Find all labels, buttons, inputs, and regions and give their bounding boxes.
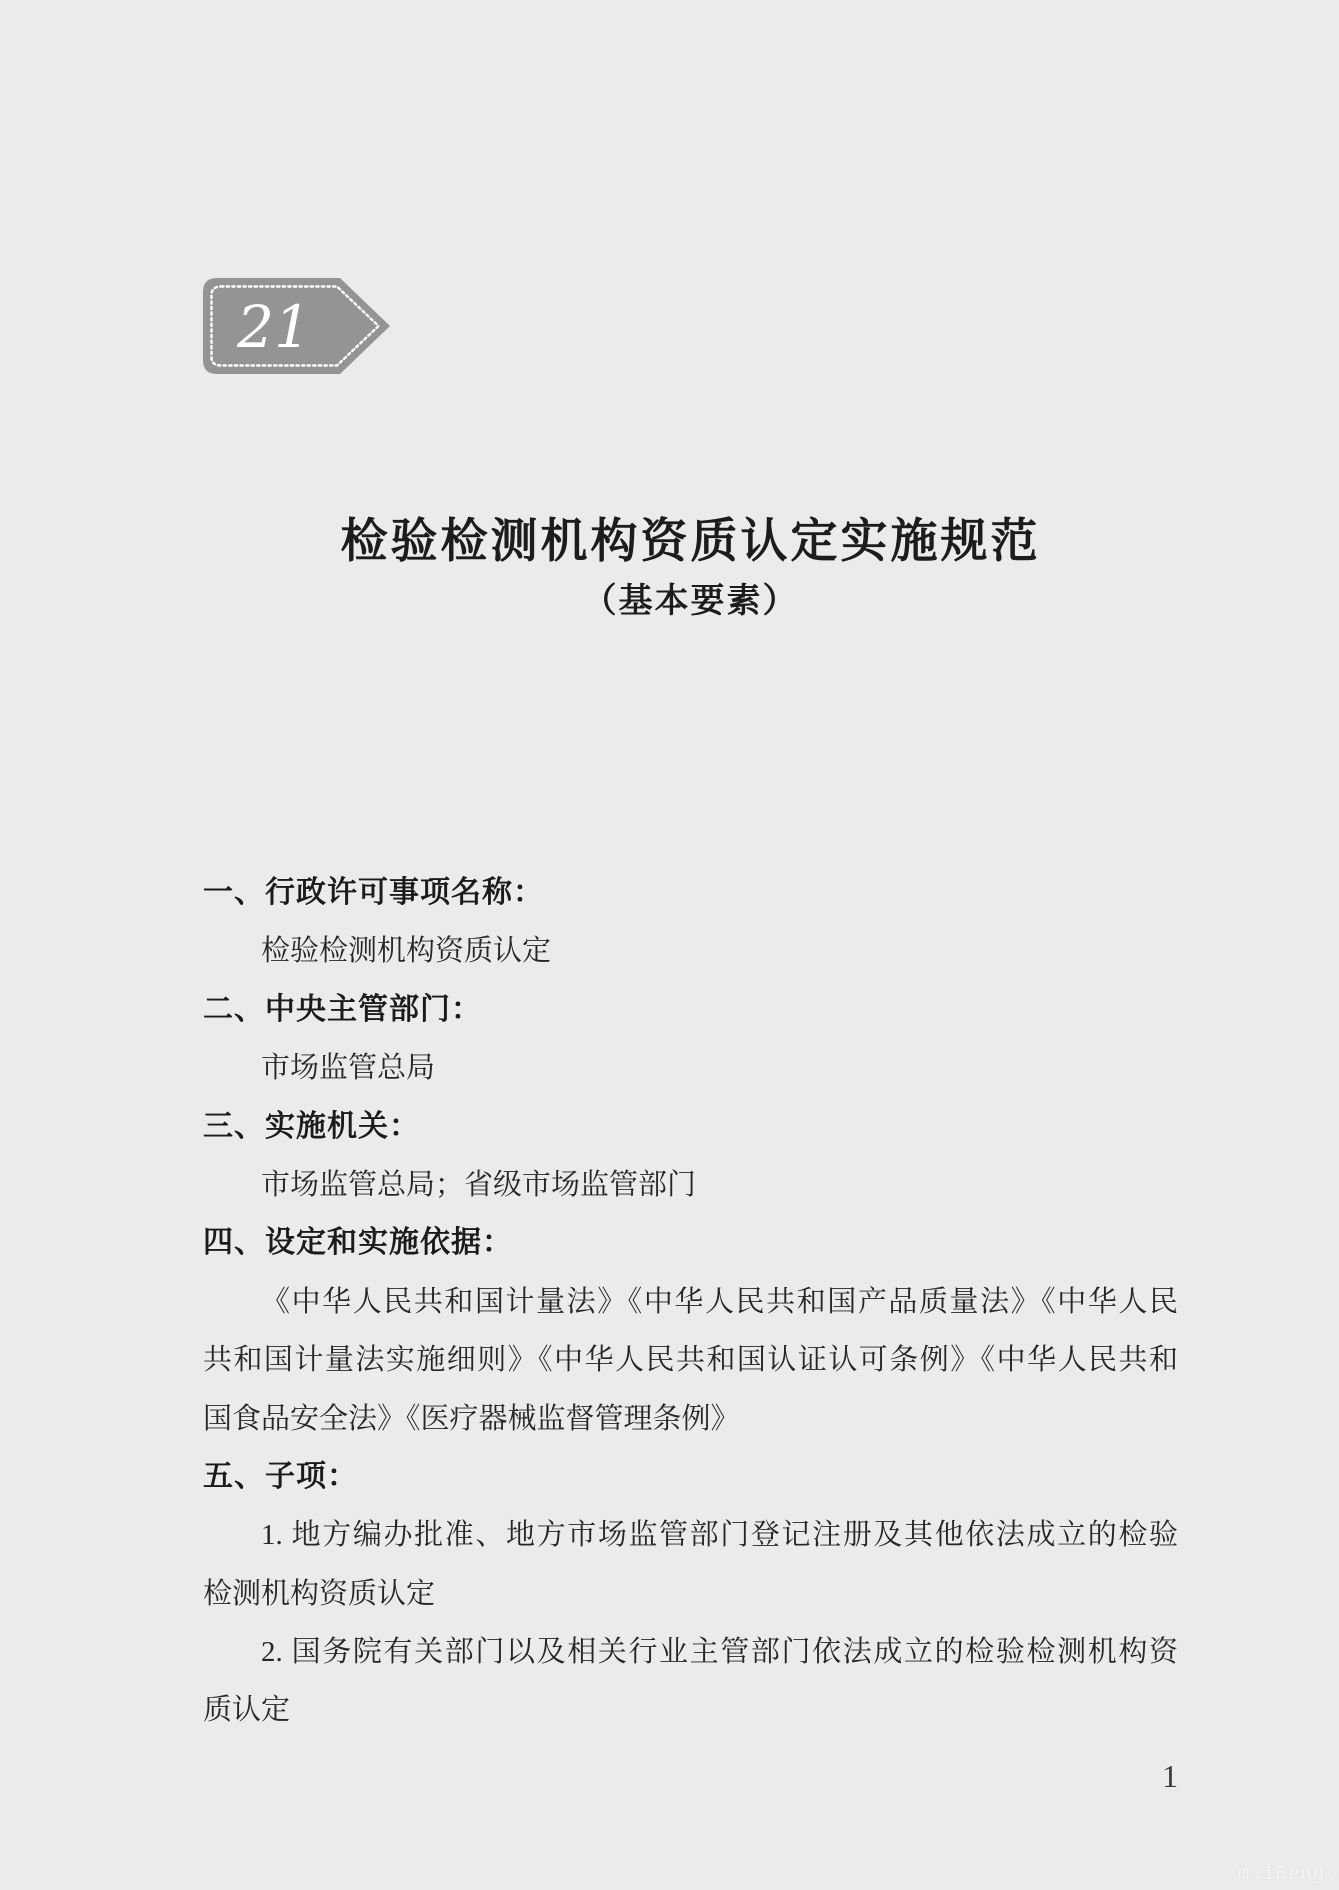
title-block: 检验检测机构资质认定实施规范 （基本要素） <box>203 514 1178 622</box>
watermark: m.16eng.com <box>1238 1862 1339 1884</box>
text-line: 国食品安全法》《医疗器械监督管理条例》 <box>203 1390 1178 1448</box>
page-title: 检验检测机构资质认定实施规范 <box>203 514 1178 568</box>
text-line: 2. 国务院有关部门以及相关行业主管部门依法成立的检验检测机构资 <box>203 1623 1178 1681</box>
text-line: 检测机构资质认定 <box>203 1565 1178 1623</box>
section-heading: 一、行政许可事项名称： <box>203 864 1178 922</box>
chapter-number: 21 <box>236 293 311 361</box>
section-heading: 三、实施机关： <box>203 1098 1178 1156</box>
text-line: 1. 地方编办批准、地方市场监管部门登记注册及其他依法成立的检验 <box>203 1506 1178 1564</box>
page-number: 1 <box>203 1758 1178 1795</box>
section-heading: 四、设定和实施依据： <box>203 1214 1178 1272</box>
chapter-badge-arrow-icon: 21 <box>203 278 393 374</box>
section-heading: 二、中央主管部门： <box>203 981 1178 1039</box>
section-heading: 五、子项： <box>203 1448 1178 1506</box>
document-body: 一、行政许可事项名称：检验检测机构资质认定二、中央主管部门：市场监管总局三、实施… <box>203 864 1178 1740</box>
chapter-badge: 21 <box>203 278 393 374</box>
text-line: 市场监管总局 <box>203 1039 1178 1097</box>
text-line: 质认定 <box>203 1681 1178 1739</box>
text-line: 共和国计量法实施细则》《中华人民共和国认证认可条例》《中华人民共和 <box>203 1331 1178 1389</box>
text-line: 《中华人民共和国计量法》《中华人民共和国产品质量法》《中华人民 <box>203 1273 1178 1331</box>
document-page: 21 检验检测机构资质认定实施规范 （基本要素） 一、行政许可事项名称：检验检测… <box>0 0 1339 1890</box>
page-subtitle: （基本要素） <box>203 582 1178 622</box>
text-line: 市场监管总局；省级市场监管部门 <box>203 1156 1178 1214</box>
text-line: 检验检测机构资质认定 <box>203 922 1178 980</box>
